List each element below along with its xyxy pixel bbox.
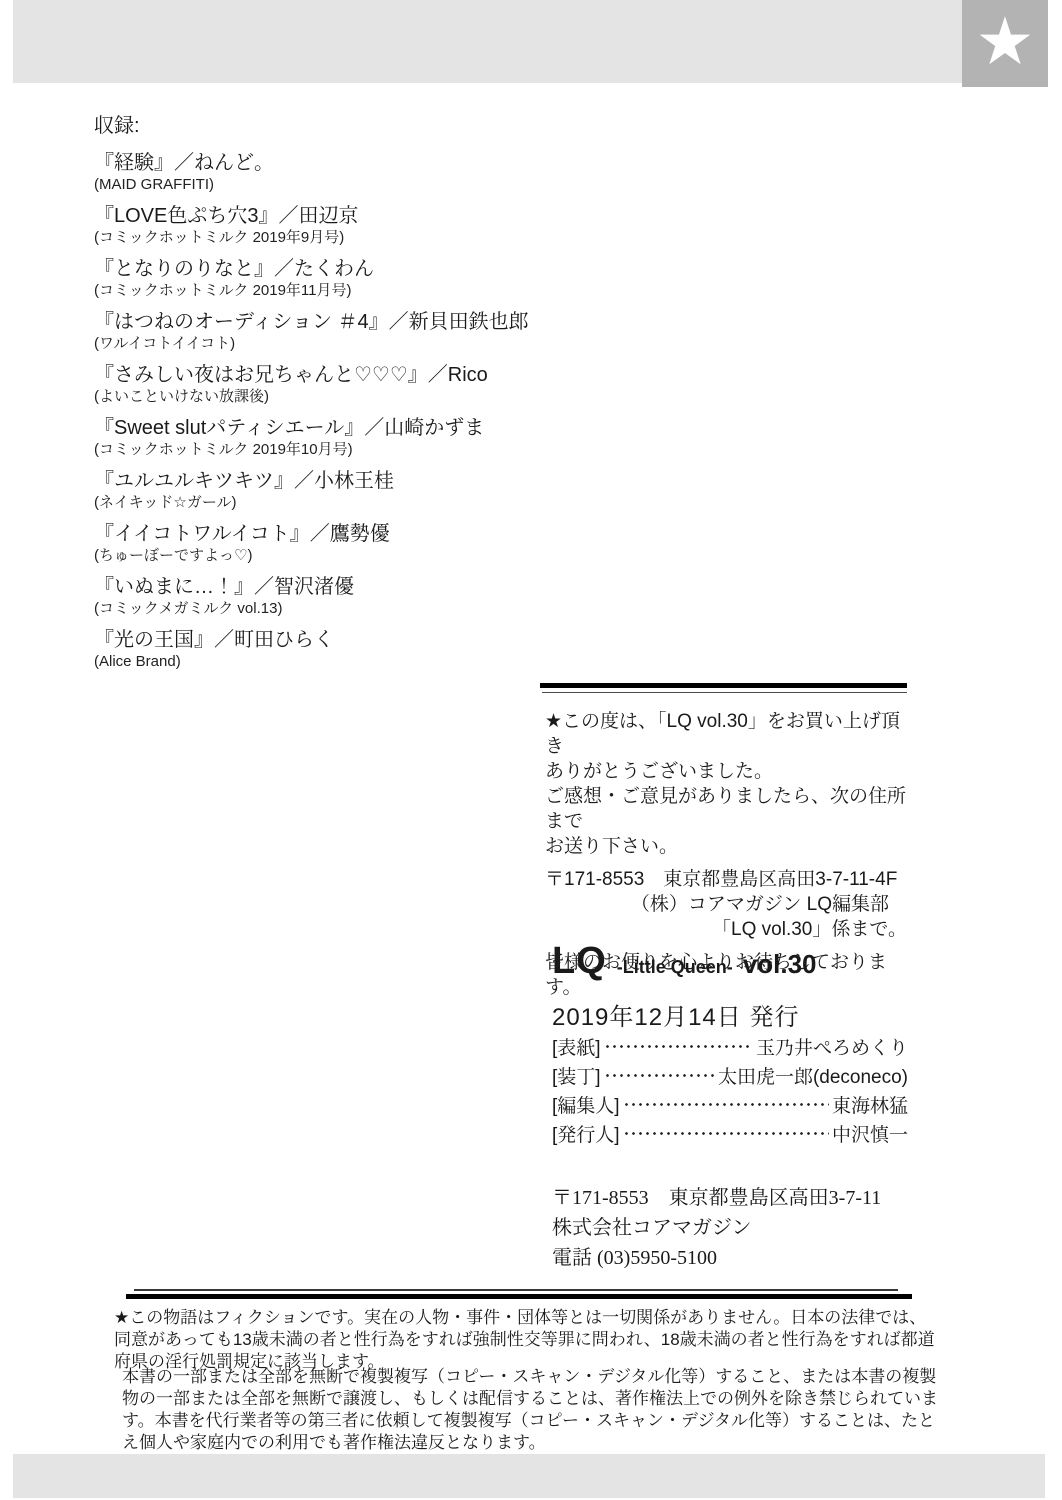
toc-entry-source: (Alice Brand) bbox=[94, 653, 554, 671]
disclaimer-copyright: 本書の一部または全部を無断で複製複写（コピー・スキャン・デジタル化等）すること、… bbox=[122, 1366, 944, 1454]
letter-line: ご感想・ご意見がありましたら、次の住所まで bbox=[545, 784, 907, 834]
toc-entry-source: (ワルイコトイイコト) bbox=[94, 335, 554, 353]
issue-date: 2019年12月14日 発行 bbox=[552, 997, 799, 1032]
letter-line: ありがとうございました。 bbox=[545, 759, 907, 784]
dot-leader bbox=[623, 1131, 829, 1136]
toc-entry-source: (ネイキッド☆ガール) bbox=[94, 494, 554, 512]
publication-logo: LQ -Little Queen- vol.30 bbox=[552, 940, 817, 983]
logo-volume: vol.30 bbox=[743, 949, 817, 980]
toc-entry-title: 『ユルユルキツキツ』／小林王桂 bbox=[94, 469, 554, 494]
publisher-company: 株式会社コアマガジン bbox=[552, 1213, 881, 1243]
credit-row: [装丁] 太田虎一郎(deconeco) bbox=[552, 1061, 908, 1090]
logo-title: LQ bbox=[552, 940, 607, 983]
toc-entry-title: 『Sweet slutパティシエール』／山崎かずま bbox=[94, 416, 554, 441]
letter-address: 〒171-8553 東京都豊島区高田3-7-11-4F （株）コアマガジン LQ… bbox=[545, 867, 907, 942]
credit-label: [編集人] bbox=[552, 1091, 620, 1118]
dot-leader bbox=[604, 1044, 753, 1049]
toc-entry: 『LOVE色ぷち穴3』／田辺京 (コミックホットミルク 2019年9月号) bbox=[94, 204, 554, 247]
letter-divider-thick bbox=[540, 683, 907, 688]
colophon-page: ★ 収録: 『経験』／ねんど。 (MAID GRAFFITI) 『LOVE色ぷち… bbox=[0, 0, 1062, 1500]
toc-entry: 『ユルユルキツキツ』／小林王桂 (ネイキッド☆ガール) bbox=[94, 469, 554, 512]
footer-divider-thin bbox=[134, 1289, 898, 1291]
toc-entry-source: (ちゅーぼーですよっ♡) bbox=[94, 547, 554, 565]
footer-band bbox=[13, 1454, 1045, 1498]
letter-line: お送り下さい。 bbox=[545, 834, 907, 859]
toc-entry-source: (MAID GRAFFITI) bbox=[94, 176, 554, 194]
logo-subtitle: -Little Queen- bbox=[617, 957, 733, 978]
letter-address-line: （株）コアマガジン LQ編集部 bbox=[545, 892, 907, 917]
toc-entry-title: 『経験』／ねんど。 bbox=[94, 151, 554, 176]
letter-line: ★この度は、「LQ vol.30」をお買い上げ頂き bbox=[545, 709, 907, 759]
credit-row: [発行人] 中沢慎一 bbox=[552, 1119, 908, 1148]
toc-entry: 『さみしい夜はお兄ちゃんと♡♡♡』／Rico (よいこといけない放課後) bbox=[94, 363, 554, 406]
toc-entry: 『となりのりなと』／たくわん (コミックホットミルク 2019年11月号) bbox=[94, 257, 554, 300]
toc-section: 収録: 『経験』／ねんど。 (MAID GRAFFITI) 『LOVE色ぷち穴3… bbox=[94, 114, 554, 681]
credit-row: [編集人] 東海林猛 bbox=[552, 1090, 908, 1119]
dot-leader bbox=[604, 1073, 715, 1078]
toc-entry-title: 『LOVE色ぷち穴3』／田辺京 bbox=[94, 204, 554, 229]
dot-leader bbox=[623, 1102, 829, 1107]
disclaimer-fiction: ★この物語はフィクションです。実在の人物・事件・団体等とは一切関係がありません。… bbox=[114, 1307, 942, 1373]
toc-entry-source: (コミックメガミルク vol.13) bbox=[94, 600, 554, 618]
credits-list: [表紙] 玉乃井ぺろめくり [装丁] 太田虎一郎(deconeco) [編集人]… bbox=[552, 1032, 908, 1148]
star-icon: ★ bbox=[975, 8, 1034, 74]
header-band bbox=[13, 0, 962, 83]
publisher-block: 〒171-8553 東京都豊島区高田3-7-11 株式会社コアマガジン 電話 (… bbox=[552, 1183, 881, 1273]
credit-label: [発行人] bbox=[552, 1120, 620, 1147]
toc-entry: 『いぬまに…！』／智沢渚優 (コミックメガミルク vol.13) bbox=[94, 575, 554, 618]
publisher-address: 〒171-8553 東京都豊島区高田3-7-11 bbox=[552, 1183, 881, 1213]
credit-row: [表紙] 玉乃井ぺろめくり bbox=[552, 1032, 908, 1061]
toc-entry-title: 『イイコトワルイコト』／鷹勢優 bbox=[94, 522, 554, 547]
toc-entry: 『はつねのオーディション ＃4』／新貝田鉄也郎 (ワルイコトイイコト) bbox=[94, 310, 554, 353]
toc-entry-title: 『光の王国』／町田ひらく bbox=[94, 628, 554, 653]
credit-name: 東海林猛 bbox=[832, 1091, 908, 1118]
credit-name: 太田虎一郎(deconeco) bbox=[718, 1062, 908, 1089]
toc-entry: 『経験』／ねんど。 (MAID GRAFFITI) bbox=[94, 151, 554, 194]
toc-entry-title: 『はつねのオーディション ＃4』／新貝田鉄也郎 bbox=[94, 310, 554, 335]
credit-label: [表紙] bbox=[552, 1033, 601, 1060]
toc-entry-source: (コミックホットミルク 2019年9月号) bbox=[94, 229, 554, 247]
letter-address-line: 〒171-8553 東京都豊島区高田3-7-11-4F bbox=[545, 867, 907, 892]
toc-entry-source: (よいこといけない放課後) bbox=[94, 388, 554, 406]
credit-name: 玉乃井ぺろめくり bbox=[756, 1033, 908, 1060]
letter-divider-thin bbox=[542, 692, 907, 693]
credit-label: [装丁] bbox=[552, 1062, 601, 1089]
toc-entry: 『イイコトワルイコト』／鷹勢優 (ちゅーぼーですよっ♡) bbox=[94, 522, 554, 565]
star-badge: ★ bbox=[962, 0, 1048, 87]
credit-name: 中沢慎一 bbox=[832, 1120, 908, 1147]
footer-divider-thick bbox=[126, 1294, 912, 1299]
toc-entry-source: (コミックホットミルク 2019年11月号) bbox=[94, 282, 554, 300]
toc-entry-title: 『いぬまに…！』／智沢渚優 bbox=[94, 575, 554, 600]
toc-entry: 『光の王国』／町田ひらく (Alice Brand) bbox=[94, 628, 554, 671]
publisher-phone: 電話 (03)5950-5100 bbox=[552, 1243, 881, 1273]
toc-entry: 『Sweet slutパティシエール』／山崎かずま (コミックホットミルク 20… bbox=[94, 416, 554, 459]
toc-entry-title: 『となりのりなと』／たくわん bbox=[94, 257, 554, 282]
toc-entry-title: 『さみしい夜はお兄ちゃんと♡♡♡』／Rico bbox=[94, 363, 554, 388]
letter-address-line: 「LQ vol.30」係まで。 bbox=[545, 917, 907, 942]
footer-divider bbox=[126, 1289, 912, 1299]
toc-entry-source: (コミックホットミルク 2019年10月号) bbox=[94, 441, 554, 459]
toc-heading: 収録: bbox=[94, 114, 554, 138]
